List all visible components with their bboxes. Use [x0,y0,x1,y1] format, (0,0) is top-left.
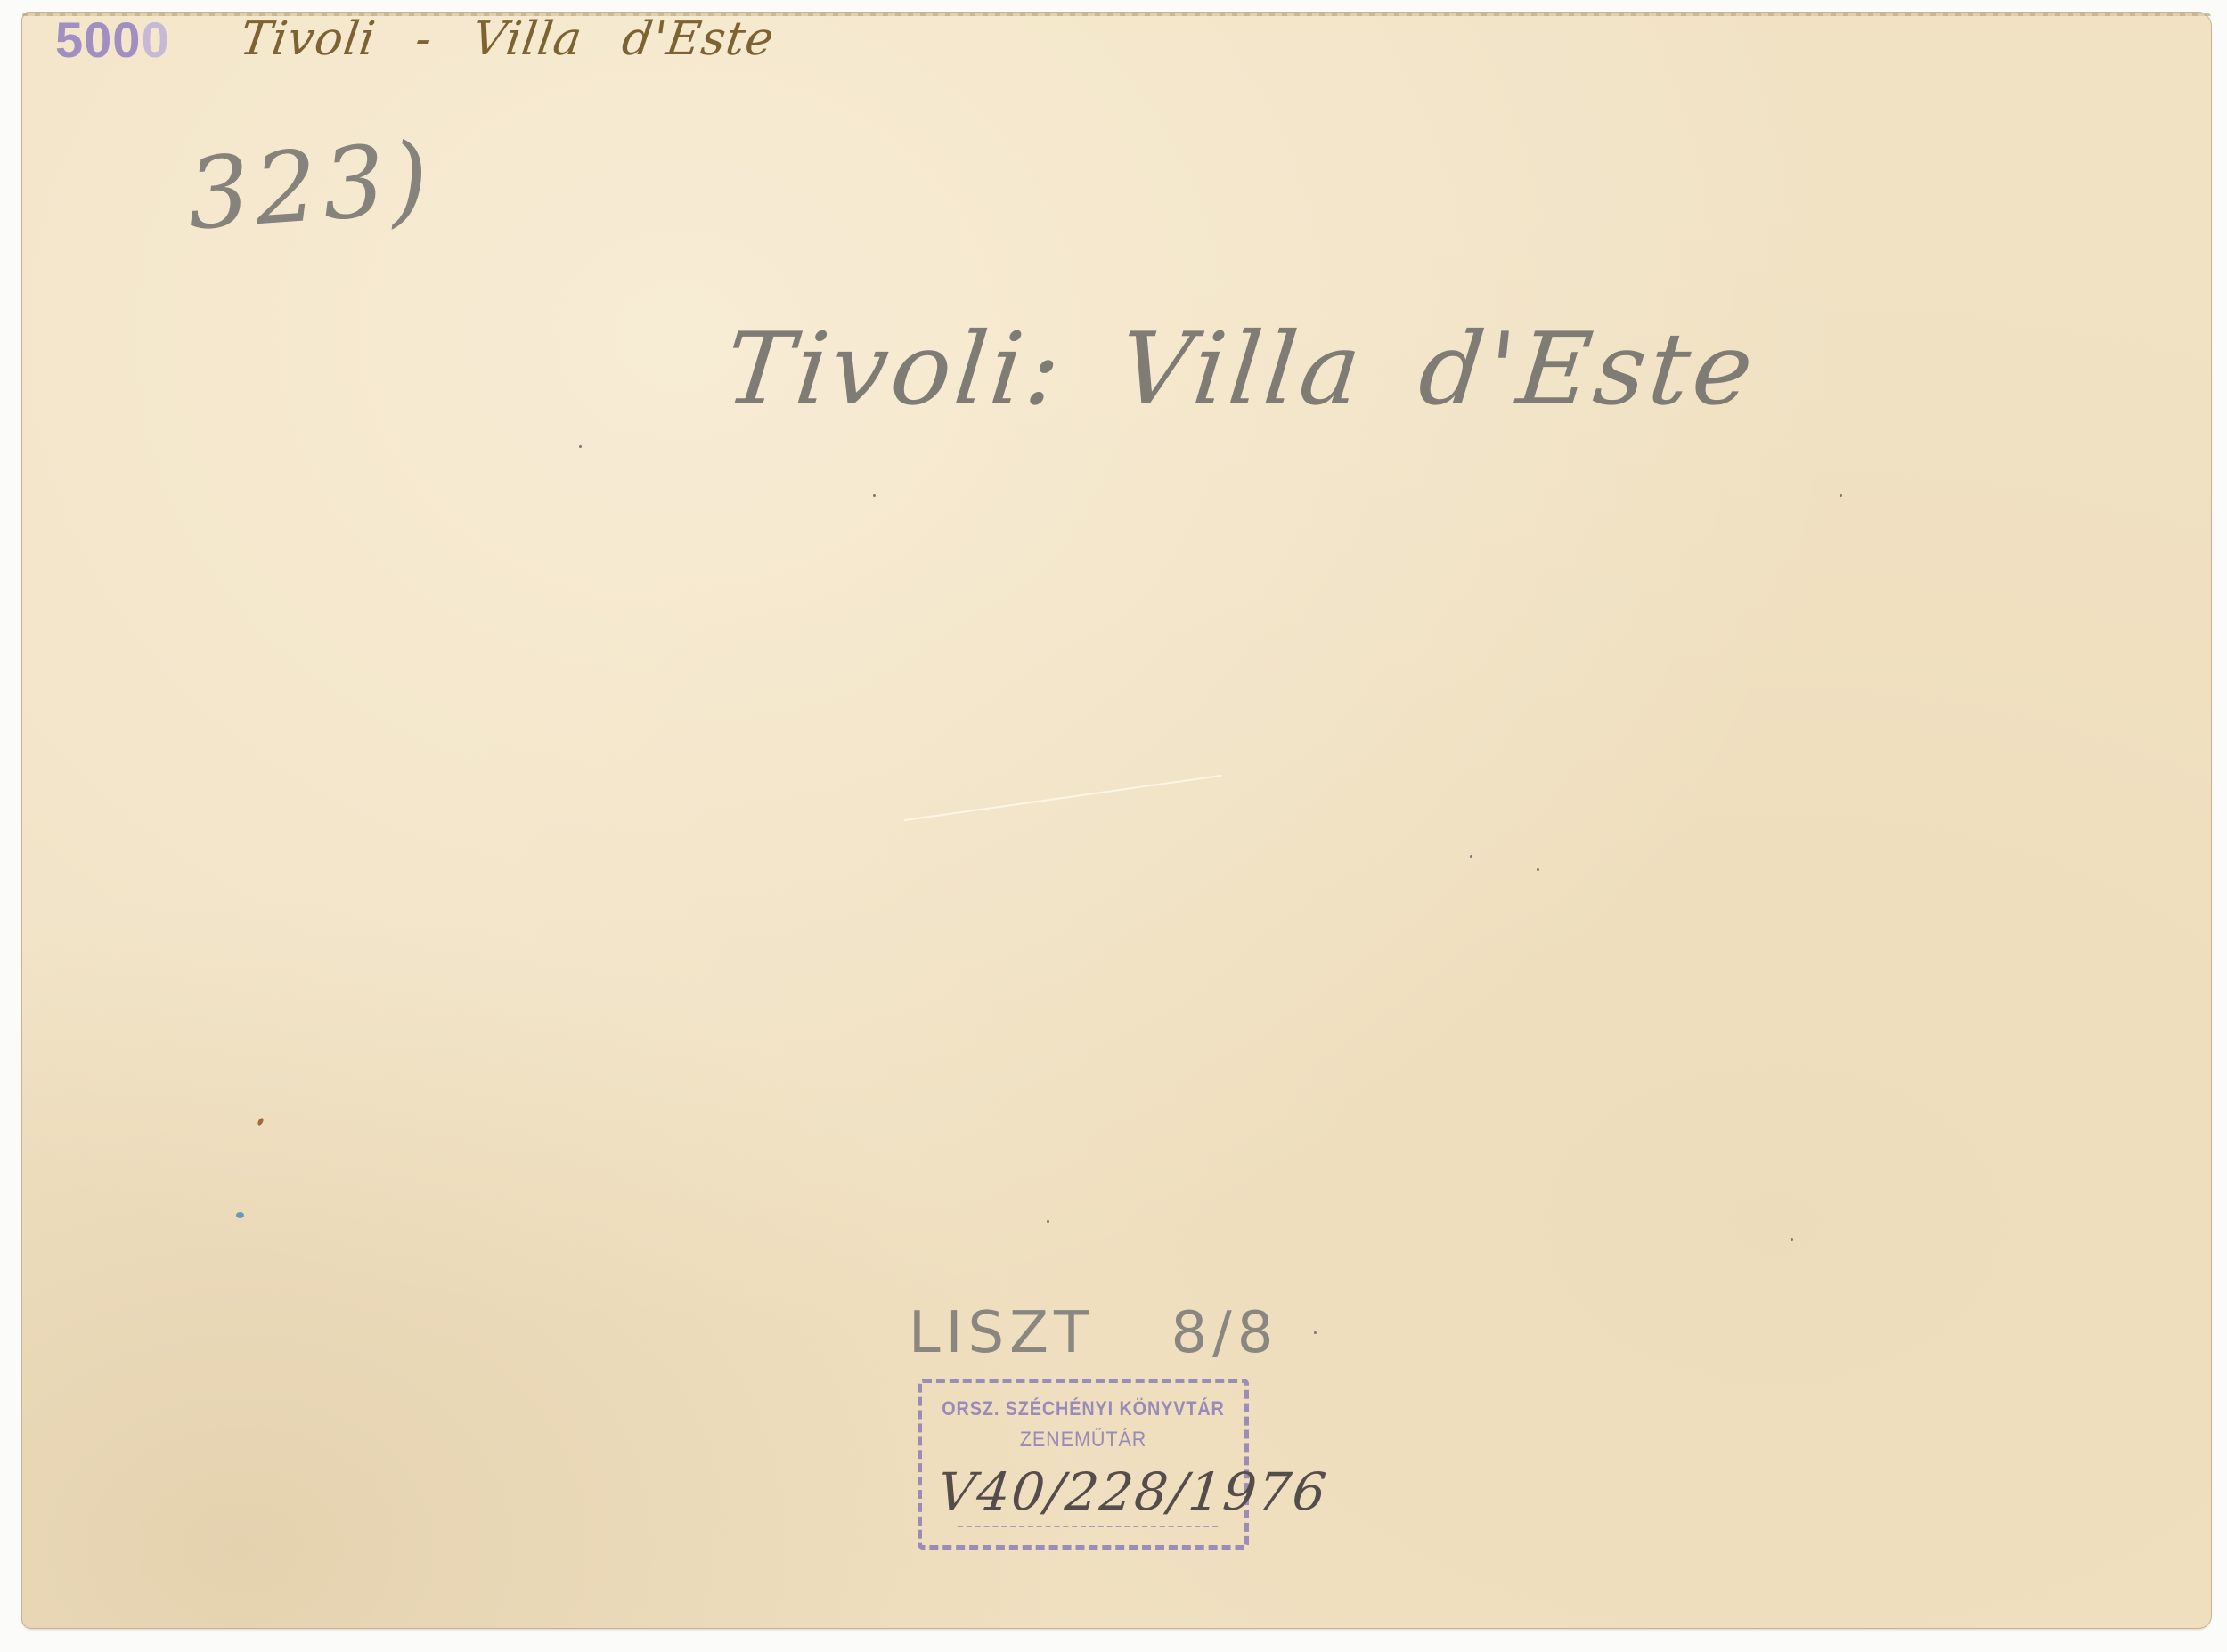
dust-speck [1470,855,1472,858]
dust-speck [579,445,582,448]
stamp-library-name: ORSZ. SZÉCHÉNYI KÖNYVTÁR [938,1397,1228,1420]
pencil-collection-label: LISZT 8/8 [909,1300,1278,1366]
purple-stamp-number: 5000 [55,11,170,69]
stamp-department: ZENEMŰTÁR [938,1428,1228,1453]
dust-speck [1840,494,1842,497]
pencil-item-number: 323) [184,120,437,251]
ink-speck [257,1117,265,1126]
dust-speck [873,494,876,497]
blue-speck [236,1212,244,1218]
library-stamp: ORSZ. SZÉCHÉNYI KÖNYVTÁR ZENEMŰTÁR V40/2… [918,1379,1249,1550]
dust-speck [1314,1331,1317,1334]
ink-caption-title: Tivoli - Villa d'Este [237,12,778,66]
dust-speck [1047,1220,1049,1223]
stamp-dashed-rule [958,1526,1218,1527]
paper-crease [904,775,1222,821]
pencil-title: Tivoli: Villa d'Este [720,312,1762,427]
dust-speck [1537,868,1539,871]
dust-speck [1791,1238,1793,1241]
inventory-number: V40/228/1976 [934,1461,1330,1522]
